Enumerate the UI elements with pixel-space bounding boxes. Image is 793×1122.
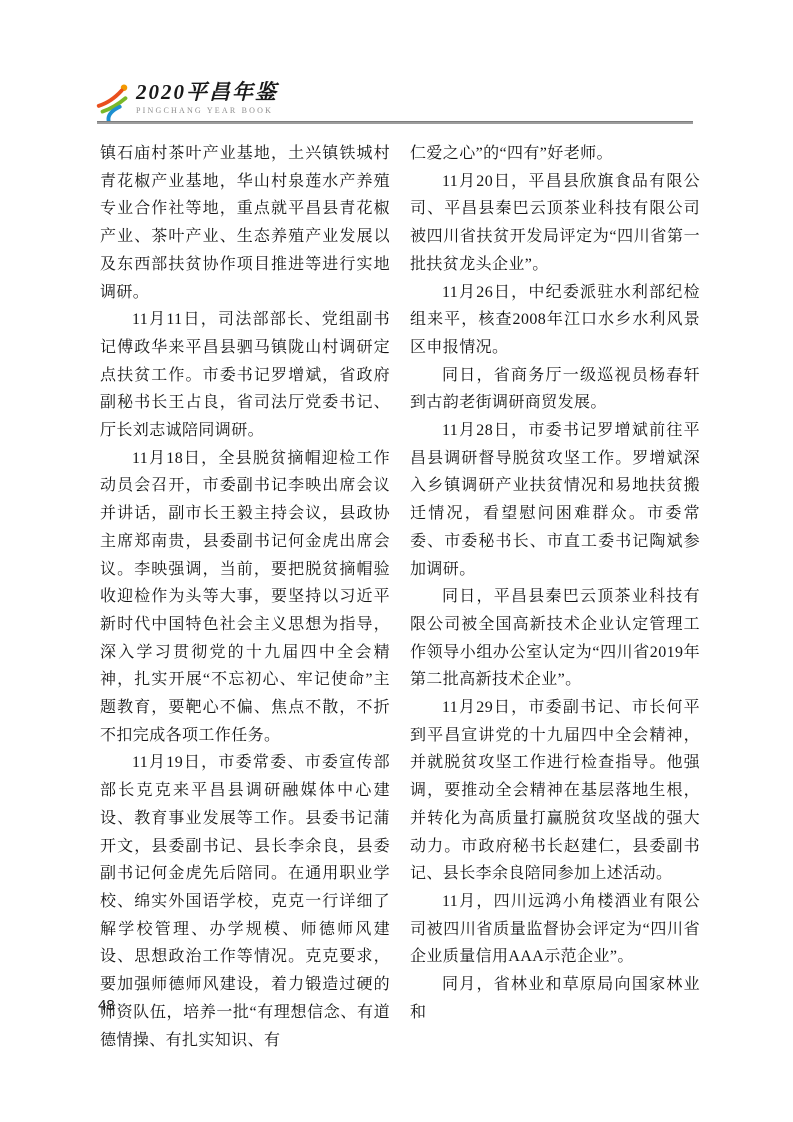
logo-title: 2020平昌年鉴 xyxy=(136,82,278,103)
page-header: 2020平昌年鉴 PINGCHANG YEAR BOOK xyxy=(96,82,278,124)
paragraph: 11月29日，市委副书记、市长何平到平昌宣讲党的十九届四中全会精神，并就脱贫攻坚… xyxy=(410,694,700,888)
page-content: 镇石庙村茶叶产业基地，土兴镇铁城村青花椒产业基地，华山村泉莲水产养殖专业合作社等… xyxy=(100,140,700,1054)
paragraph: 同月，省林业和草原局向国家林业和 xyxy=(410,971,700,1026)
paragraph: 镇石庙村茶叶产业基地，土兴镇铁城村青花椒产业基地，华山村泉莲水产养殖专业合作社等… xyxy=(100,140,390,306)
paragraph: 11月，四川远鸿小角楼酒业有限公司被四川省质量监督协会评定为“四川省企业质量信用… xyxy=(410,888,700,971)
yearbook-logo-icon xyxy=(96,82,132,124)
paragraph: 仁爱之心”的“四有”好老师。 xyxy=(410,140,700,168)
paragraph: 11月26日，中纪委派驻水利部纪检组来平，核查2008年江口水乡水利风景区申报情… xyxy=(410,279,700,362)
logo-subtitle: PINGCHANG YEAR BOOK xyxy=(136,107,278,115)
paragraph: 同日，省商务厅一级巡视员杨春轩到古韵老街调研商贸发展。 xyxy=(410,362,700,417)
paragraph: 同日，平昌县秦巴云顶茶业科技有限公司被全国高新技术企业认定管理工作领导小组办公室… xyxy=(410,583,700,694)
paragraph: 11月20日，平昌县欣旗食品有限公司、平昌县秦巴云顶茶业科技有限公司被四川省扶贫… xyxy=(410,168,700,279)
left-column: 镇石庙村茶叶产业基地，土兴镇铁城村青花椒产业基地，华山村泉莲水产养殖专业合作社等… xyxy=(100,140,390,1054)
logo-text-block: 2020平昌年鉴 PINGCHANG YEAR BOOK xyxy=(136,82,278,115)
paragraph: 11月28日，市委书记罗增斌前往平昌县调研督导脱贫攻坚工作。罗增斌深入乡镇调研产… xyxy=(410,417,700,583)
paragraph: 11月11日，司法部部长、党组副书记傅政华来平昌县驷马镇陇山村调研定点扶贫工作。… xyxy=(100,306,390,445)
page-number: 48 xyxy=(98,997,115,1014)
right-column: 仁爱之心”的“四有”好老师。 11月20日，平昌县欣旗食品有限公司、平昌县秦巴云… xyxy=(410,140,700,1054)
paragraph: 11月18日，全县脱贫摘帽迎检工作动员会召开，市委副书记李映出席会议并讲话，副市… xyxy=(100,445,390,750)
paragraph: 11月19日，市委常委、市委宣传部部长克克来平昌县调研融媒体中心建设、教育事业发… xyxy=(100,749,390,1054)
yearbook-page: 2020平昌年鉴 PINGCHANG YEAR BOOK 镇石庙村茶叶产业基地，… xyxy=(0,0,793,1122)
header-divider xyxy=(97,121,693,124)
